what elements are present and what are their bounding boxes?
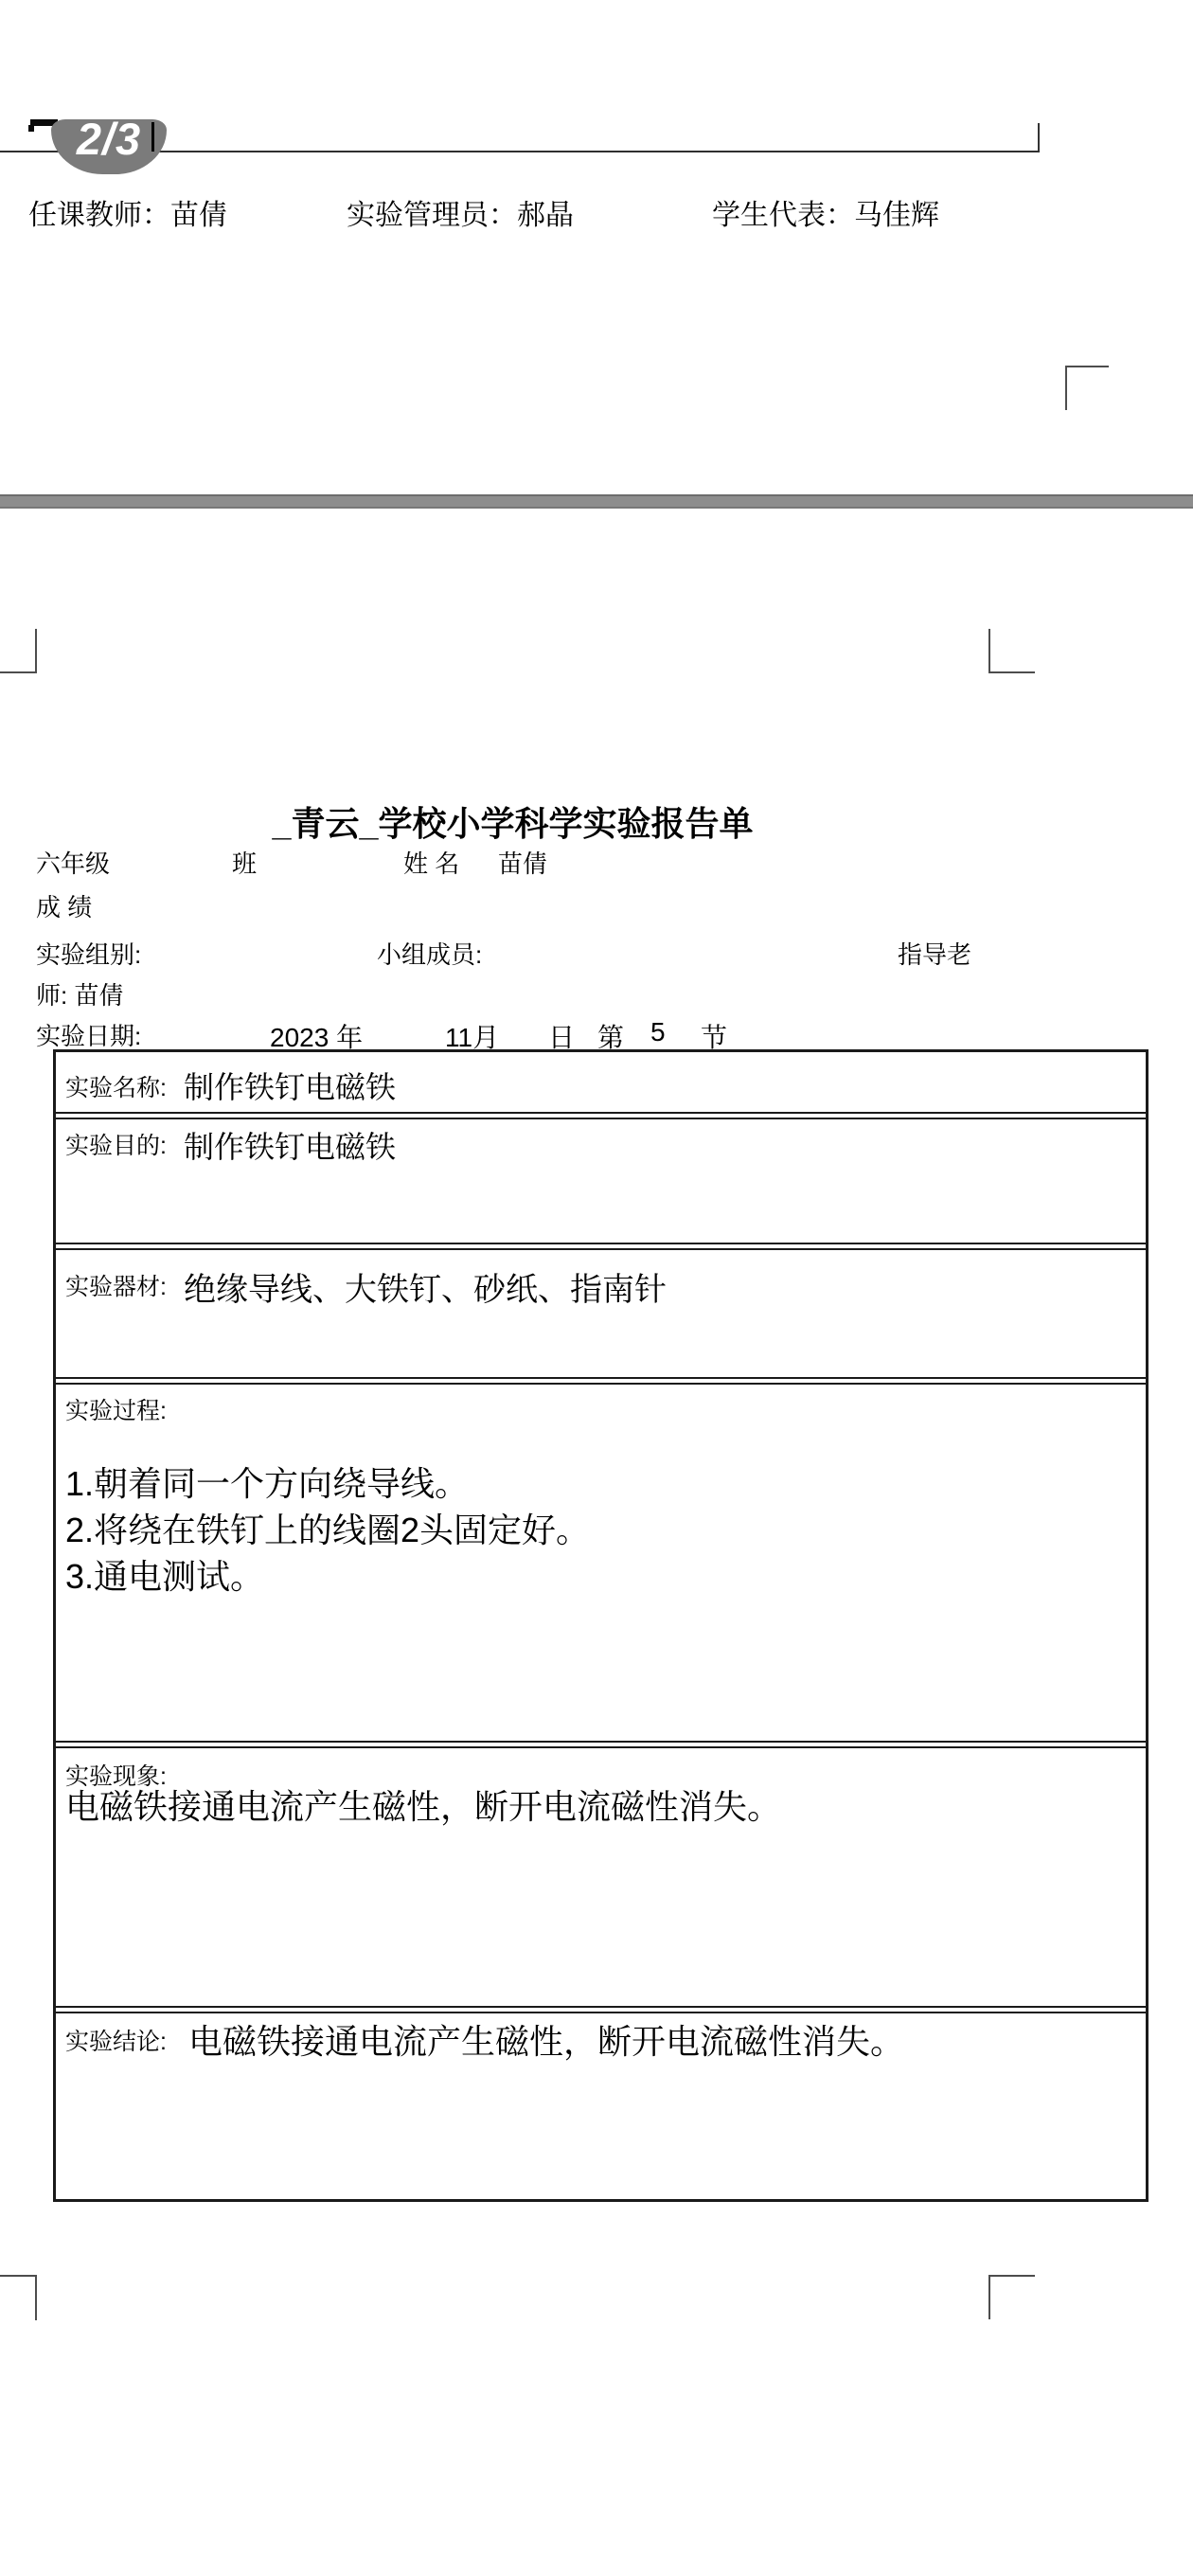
procedure-steps: 1.朝着同一个方向绕导线。 2.将绕在铁钉上的线圈2头固定好。 3.通电测试。 <box>65 1460 590 1600</box>
student-name: 苗倩 <box>498 845 547 880</box>
form-line-grade: 六年级 班 姓 名 苗倩 <box>0 845 1193 877</box>
crop-mark-bottom-right-icon <box>988 2275 990 2319</box>
score-label: 成 绩 <box>36 888 92 923</box>
row-label: 实验结论: <box>65 2023 167 2057</box>
lab-manager-label: 实验管理员： <box>347 200 517 231</box>
page-indicator-text: 2/3 <box>51 119 167 173</box>
table-row-conclusion: 实验结论: 电磁铁接通电流产生磁性，断开电流磁性消失。 <box>56 2013 1146 2199</box>
row-value: 制作铁钉电磁铁 <box>184 1064 396 1107</box>
row-separator <box>56 2006 1146 2013</box>
crop-mark-top-right-icon <box>988 671 1035 673</box>
crop-mark-top-left-icon <box>0 671 36 673</box>
student-rep-name: 马佳辉 <box>854 200 939 231</box>
form-line-score: 成 绩 <box>0 888 1193 921</box>
page1-table-column-border <box>151 122 154 152</box>
row-label: 实验器材: <box>65 1268 167 1302</box>
form-line-date: 实验日期: 2023 年 11月 日 第 5 节 <box>0 1017 1193 1049</box>
form-line-advisor-wrap: 师: 苗倩 <box>0 976 1193 1009</box>
crop-mark-page1-bottom-right-icon <box>1065 366 1067 410</box>
name-label: 姓 名 <box>403 845 459 880</box>
row-label: 实验名称: <box>65 1069 167 1103</box>
form-line-group: 实验组别: 小组成员: 指导老 <box>0 936 1193 968</box>
row-label: 实验过程: <box>65 1392 167 1426</box>
experiment-report-table: 实验名称: 制作铁钉电磁铁 实验目的: 制作铁钉电磁铁 实验器材: 绝缘导线、大… <box>53 1049 1148 2202</box>
crop-mark-bottom-left-icon <box>35 2275 37 2320</box>
crop-mark-bottom-right-icon <box>988 2275 1035 2277</box>
advisor-name: 师: 苗倩 <box>36 976 123 1011</box>
row-value: 绝缘导线、大铁钉、砂纸、指南针 <box>184 1263 667 1310</box>
document-viewer: { "viewer": { "page_indicator": "2/3" },… <box>0 0 1193 2576</box>
teacher-label: 任课教师： <box>28 200 170 231</box>
student-rep-label: 学生代表： <box>712 200 854 231</box>
observation-text: 电磁铁接通电流产生磁性，断开电流磁性消失。 <box>65 1780 781 1829</box>
procedure-step: 3.通电测试。 <box>65 1553 590 1600</box>
group-label: 实验组别: <box>36 936 141 971</box>
row-separator <box>56 1112 1146 1119</box>
clipped-text-fragment <box>28 125 34 132</box>
table-row-purpose: 实验目的: 制作铁钉电磁铁 <box>56 1119 1146 1243</box>
date-label: 实验日期: <box>36 1017 141 1052</box>
class-label: 班 <box>232 845 257 880</box>
crop-mark-bottom-left-icon <box>0 2275 36 2277</box>
table-row-name: 实验名称: 制作铁钉电磁铁 <box>56 1052 1146 1112</box>
procedure-step: 1.朝着同一个方向绕导线。 <box>65 1460 590 1507</box>
row-separator <box>56 1377 1146 1385</box>
table-row-procedure: 实验过程: 1.朝着同一个方向绕导线。 2.将绕在铁钉上的线圈2头固定好。 3.… <box>56 1385 1146 1741</box>
row-label: 实验目的: <box>65 1127 167 1161</box>
date-section-num: 5 <box>650 1017 666 1047</box>
conclusion-text: 电磁铁接通电流产生磁性，断开电流磁性消失。 <box>188 2015 904 2064</box>
report-title: _青云_学校小学科学实验报告单 <box>36 797 989 846</box>
members-label: 小组成员: <box>377 936 482 971</box>
row-separator <box>56 1243 1146 1250</box>
page-break-divider <box>0 494 1193 509</box>
page1-table-right-border <box>1038 123 1040 152</box>
table-row-materials: 实验器材: 绝缘导线、大铁钉、砂纸、指南针 <box>56 1250 1146 1377</box>
crop-mark-page1-bottom-right-icon <box>1065 366 1109 367</box>
row-value: 制作铁钉电磁铁 <box>184 1123 396 1167</box>
lab-manager-item: 实验管理员：郝晶 <box>347 191 574 233</box>
row-separator <box>56 1741 1146 1748</box>
procedure-step: 2.将绕在铁钉上的线圈2头固定好。 <box>65 1507 590 1553</box>
grade-value: 六年级 <box>36 845 110 880</box>
teacher-item: 任课教师：苗倩 <box>28 191 227 233</box>
crop-mark-top-right-icon <box>988 629 990 673</box>
teacher-name: 苗倩 <box>170 200 227 231</box>
advisor-label: 指导老 <box>898 936 971 971</box>
crop-mark-top-left-icon <box>35 629 37 673</box>
lab-manager-name: 郝晶 <box>517 200 574 231</box>
signature-row: 任课教师：苗倩 实验管理员：郝晶 学生代表：马佳辉 <box>0 191 1193 225</box>
table-row-observation: 实验现象: 电磁铁接通电流产生磁性，断开电流磁性消失。 <box>56 1748 1146 2006</box>
page-indicator-badge: 2/3 <box>51 119 167 174</box>
student-rep-item: 学生代表：马佳辉 <box>712 191 939 233</box>
